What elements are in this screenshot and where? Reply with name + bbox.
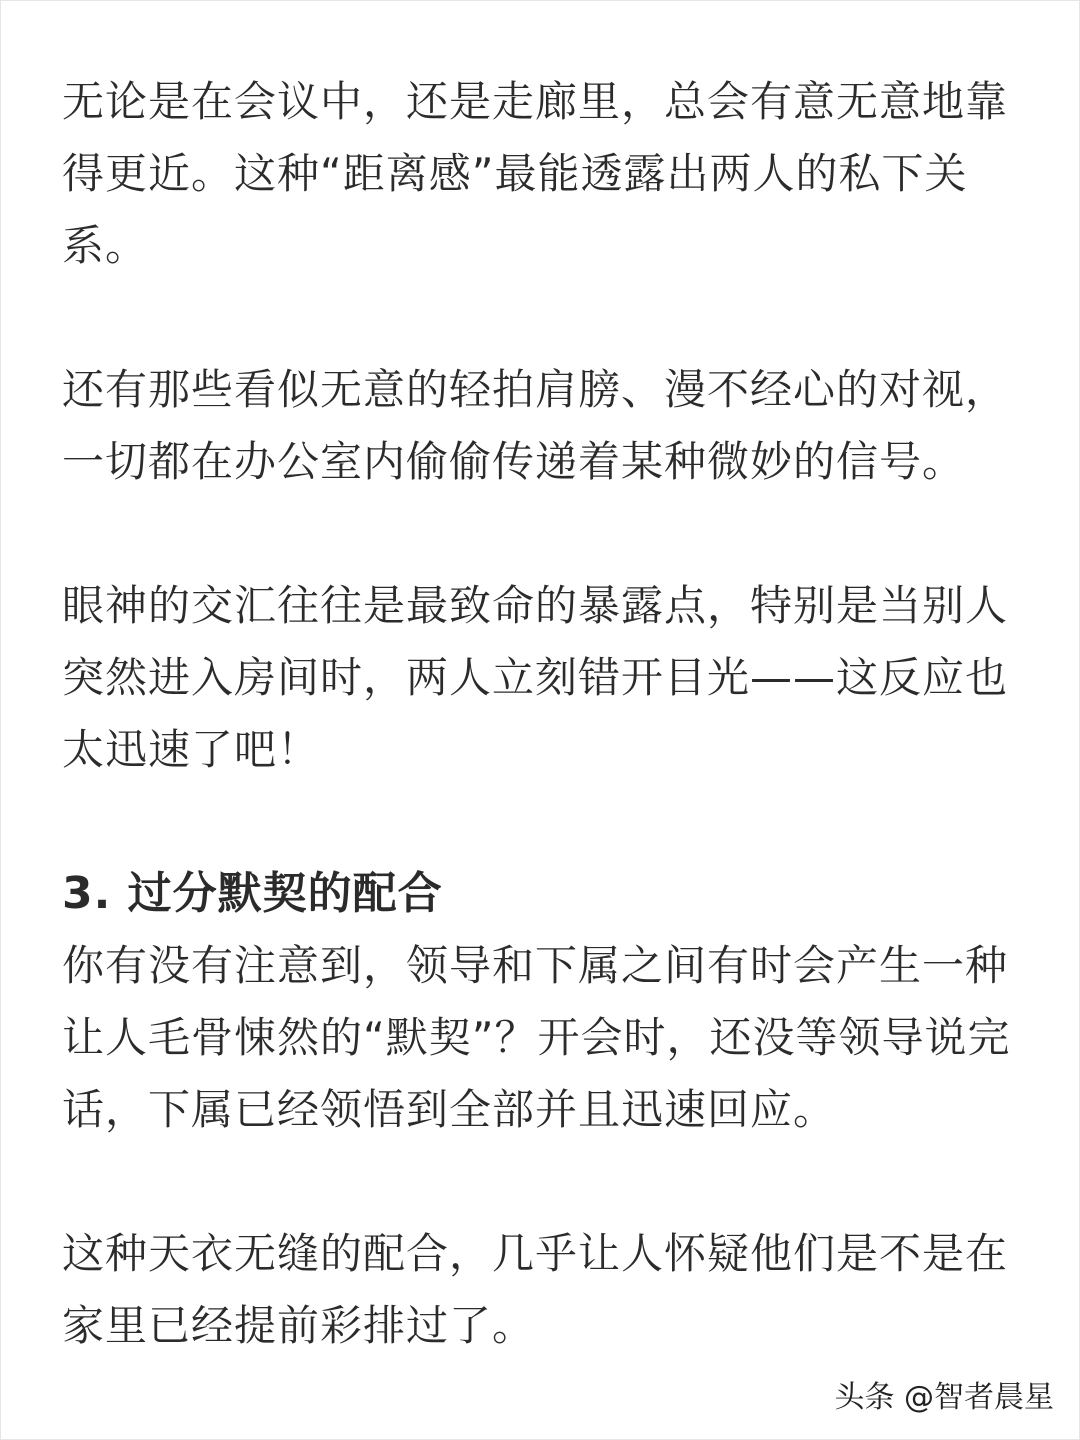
watermark: 头条 @智者晨星: [834, 1378, 1054, 1418]
paragraph-2: 还有那些看似无意的轻拍肩膀、漫不经心的对视，一切都在办公室内偷偷传递着某种微妙的…: [62, 354, 1022, 498]
paragraph-3: 眼神的交汇往往是最致命的暴露点，特别是当别人突然进入房间时，两人立刻错开目光——…: [62, 570, 1022, 786]
article-body: 无论是在会议中，还是走廊里，总会有意无意地靠得更近。这种“距离感”最能透露出两人…: [62, 66, 1022, 1434]
paragraph-1: 无论是在会议中，还是走廊里，总会有意无意地靠得更近。这种“距离感”最能透露出两人…: [62, 66, 1022, 282]
section-heading: 3. 过分默契的配合: [62, 858, 1022, 930]
section-paragraph-2: 这种天衣无缝的配合，几乎让人怀疑他们是不是在家里已经提前彩排过了。: [62, 1218, 1022, 1362]
section-paragraph-1: 你有没有注意到，领导和下属之间有时会产生一种让人毛骨悚然的“默契”？开会时，还没…: [62, 930, 1022, 1146]
